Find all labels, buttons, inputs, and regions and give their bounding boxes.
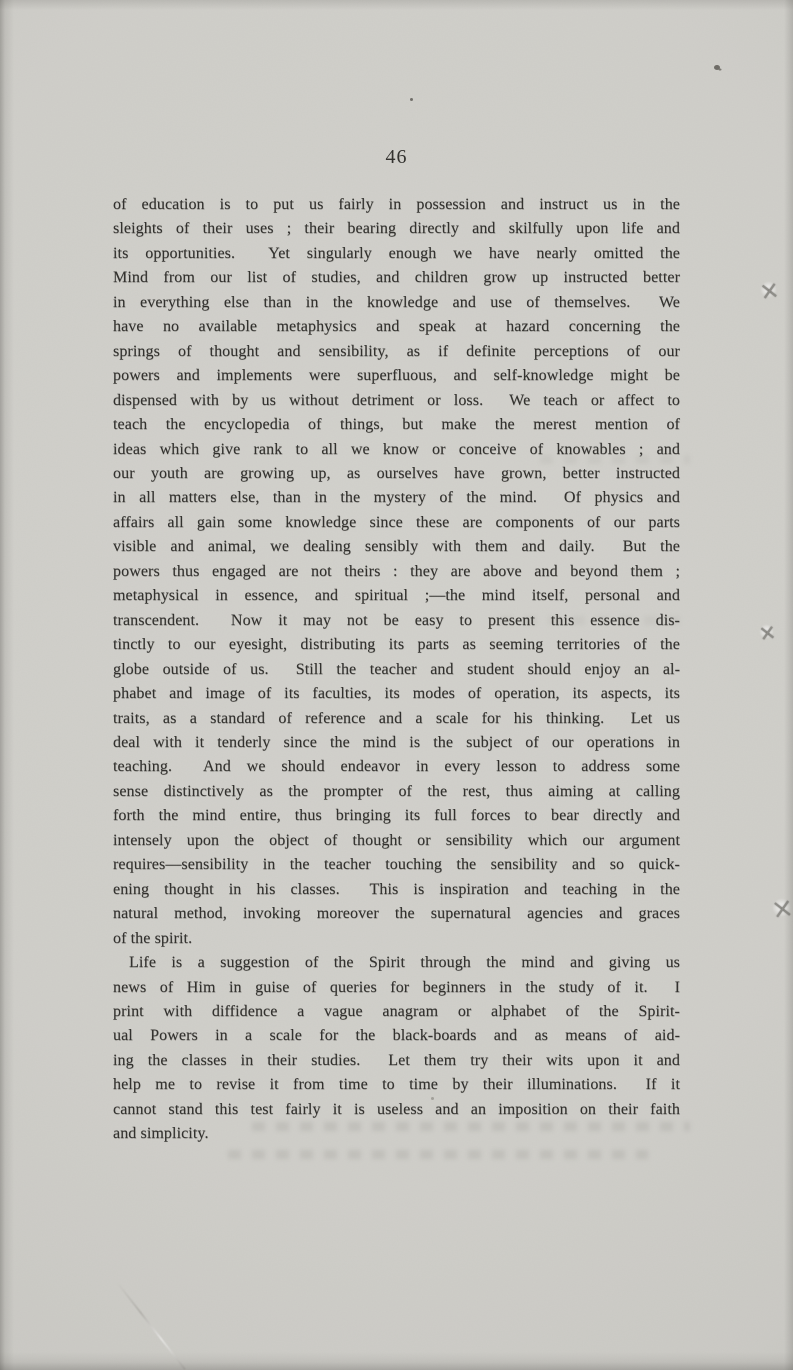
text-line: ening thought in his classes. This is in…	[113, 878, 680, 902]
text-line: news of Him in guise of queries for begi…	[113, 976, 680, 1000]
text-line: have no available metaphysics and speak …	[113, 315, 680, 339]
text-line: transcendent. Now it may not be easy to …	[113, 609, 680, 633]
text-line: its opportunities. Yet singularly enough…	[113, 242, 680, 266]
ink-speck	[714, 65, 720, 70]
text-line: visible and animal, we dealing sensibly …	[113, 535, 680, 559]
text-line: natural method, invoking moreover the su…	[113, 902, 680, 926]
text-line: dispensed with by us without detriment o…	[113, 389, 680, 413]
text-line: sense distinctively as the prompter of t…	[113, 780, 680, 804]
paper-fold-line	[117, 1282, 186, 1370]
text-line: globe outside of us. Still the teacher a…	[113, 658, 680, 682]
text-line: teaching. And we should endeavor in ever…	[113, 755, 680, 779]
text-line: cannot stand this test fairly it is usel…	[113, 1098, 680, 1122]
text-line: ing the classes in their studies. Let th…	[113, 1049, 680, 1073]
text-line: traits, as a standard of reference and a…	[113, 707, 680, 731]
text-line: and simplicity.	[113, 1122, 680, 1146]
text-line: tinctly to our eyesight, distributing it…	[113, 633, 680, 657]
paper-crease-mark	[759, 624, 774, 639]
text-line: Life is a suggestion of the Spirit throu…	[113, 951, 680, 975]
page-text: of education is to put us fairly in poss…	[113, 193, 680, 1147]
text-line: in everything else than in the knowledge…	[113, 291, 680, 315]
ink-speck	[410, 98, 413, 101]
text-line: Mind from our list of studies, and child…	[113, 266, 680, 290]
text-line: forth the mind entire, thus bringing its…	[113, 804, 680, 828]
page-number: 46	[113, 146, 680, 169]
text-line: metaphysical in essence, and spiritual ;…	[113, 584, 680, 608]
paper-crease-mark	[772, 898, 791, 917]
text-line: requires—sensibility in the teacher touc…	[113, 853, 680, 877]
text-line: powers thus engaged are not theirs : the…	[113, 560, 680, 584]
text-line: teach the encyclopedia of things, but ma…	[113, 413, 680, 437]
bleed-through-text	[228, 1150, 648, 1159]
text-line: ual Powers in a scale for the black-boar…	[113, 1024, 680, 1048]
text-line: in all matters else, than in the mystery…	[113, 486, 680, 510]
paper-crease-mark	[760, 281, 777, 298]
book-page: 46 of education is to put us fairly in p…	[0, 0, 793, 1370]
text-line: phabet and image of its faculties, its m…	[113, 682, 680, 706]
text-line: intensely upon the object of thought or …	[113, 829, 680, 853]
paragraph: of education is to put us fairly in poss…	[113, 193, 680, 951]
text-line: help me to revise it from time to time b…	[113, 1073, 680, 1097]
text-line: deal with it tenderly since the mind is …	[113, 731, 680, 755]
text-line: of education is to put us fairly in poss…	[113, 193, 680, 217]
text-line: affairs all gain some knowledge since th…	[113, 511, 680, 535]
text-line: springs of thought and sensibility, as i…	[113, 340, 680, 364]
text-line: sleights of their uses ; their bearing d…	[113, 217, 680, 241]
text-line: of the spirit.	[113, 927, 680, 951]
text-line: print with diffidence a vague anagram or…	[113, 1000, 680, 1024]
text-line: our youth are growing up, as ourselves h…	[113, 462, 680, 486]
text-line: ideas which give rank to all we know or …	[113, 438, 680, 462]
paragraph: Life is a suggestion of the Spirit throu…	[113, 951, 680, 1147]
text-line: powers and implements were superfluous, …	[113, 364, 680, 388]
